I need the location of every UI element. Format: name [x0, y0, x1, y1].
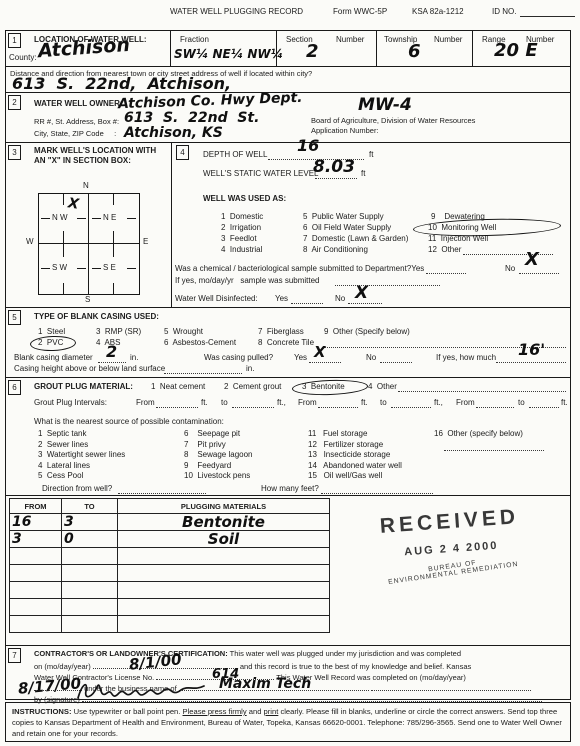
contam-option-other: 16 Other (specify below): [434, 430, 523, 438]
grout-title: GROUT PLUG MATERIAL:: [34, 383, 133, 391]
compass-south-label: S: [85, 296, 90, 304]
section-value: 2: [306, 43, 319, 61]
interval-ft-2: ft.,: [277, 399, 286, 407]
interval-from-2: From: [298, 399, 317, 407]
table-header-to: TO: [62, 499, 118, 514]
interval-dotted-leader: [391, 400, 431, 408]
cert-text-1: This water well was plugged under my jur…: [228, 649, 461, 658]
use-option: 6 Oil Field Water Supply: [303, 224, 391, 232]
quadrant-ne-label: N E: [103, 214, 116, 222]
static-unit: ft: [361, 170, 365, 178]
section-3-4-row: 3 MARK WELL'S LOCATION WITH AN "X" IN SE…: [6, 143, 570, 308]
disinfected-yes-dotted-leader: [291, 296, 323, 304]
township-number-label: Number: [434, 36, 462, 44]
instructions-label: INSTRUCTIONS:: [12, 707, 71, 716]
section-4-number: 4: [176, 145, 189, 160]
owner-title: WATER WELL OWNER:: [34, 100, 123, 108]
direction-dotted-leader: [118, 486, 206, 494]
cell-to: 3: [64, 514, 74, 530]
chem-yes-dotted-leader: [426, 266, 466, 274]
casing-option: 6 Asbestos-Cement: [164, 339, 236, 347]
fraction-label: Fraction: [180, 36, 209, 44]
casing-option: 9 Other (Specify below): [324, 328, 410, 336]
plugging-table-row: FROM TO PLUGGING MATERIALS 16 3 Bentonit…: [6, 496, 570, 646]
section-6-grout: 6 GROUT PLUG MATERIAL: 1 Neat cement 2 C…: [6, 378, 570, 496]
interval-from-1: From: [136, 399, 155, 407]
disinfected-label: Water Well Disinfected:: [175, 295, 258, 303]
compass-west-label: W: [26, 238, 34, 246]
id-no-blank: [520, 9, 575, 17]
grout-option: 4 Other: [368, 383, 397, 391]
depth-label: DEPTH OF WELL: [203, 151, 267, 159]
chem-no-label: No: [505, 265, 515, 273]
section-grid: N W N E S W S E N S W E X: [38, 193, 140, 295]
static-level-label: WELL'S STATIC WATER LEVEL: [203, 170, 318, 178]
county-value: Atchison: [37, 36, 130, 61]
table-row: [10, 565, 330, 582]
range-value: 20 E: [494, 42, 538, 60]
contam-option: 15 Oil well/Gas well: [308, 472, 382, 480]
contam-option: 13 Insecticide storage: [308, 451, 390, 459]
feet-dotted-leader: [321, 486, 433, 494]
water-well-plugging-form: WATER WELL PLUGGING RECORD Form WWC-5P K…: [0, 0, 580, 746]
table-row: [10, 548, 330, 565]
contam-other-dotted-leader: [444, 443, 544, 451]
direction-label: Direction from well?: [42, 485, 112, 493]
section-number-label: Number: [336, 36, 364, 44]
contam-option: 14 Abandoned water well: [308, 462, 402, 470]
cert-text-2: and this record is true to the best of m…: [240, 662, 471, 671]
diameter-unit: in.: [130, 354, 138, 362]
pvc-circle-mark: [30, 335, 76, 352]
quadrant-sw-label: S W: [52, 264, 67, 272]
cert-line-2: on (mo/day/year) and this record is true…: [34, 661, 566, 671]
section-2-owner: 2 WATER WELL OWNER: Atchison Co. Hwy Dep…: [6, 93, 570, 143]
fraction-value: SW¼ NE¼ NW¼: [174, 48, 283, 60]
disinfected-no-x-mark: X: [355, 285, 368, 302]
diameter-value: 2: [106, 344, 117, 360]
if-yes-label: If yes, mo/day/yr sample was submitted: [175, 277, 320, 285]
pulled-label: Was casing pulled?: [204, 354, 273, 362]
pulled-no-dotted-leader: [380, 355, 412, 363]
interval-to-2: to: [380, 399, 387, 407]
address-value: 613 S. 22nd St.: [124, 111, 259, 125]
casing-option: 3 RMP (SR): [96, 328, 141, 336]
contam-option: 9 Feedyard: [184, 462, 231, 470]
table-row: [10, 599, 330, 616]
use-option: 5 Public Water Supply: [303, 213, 384, 221]
interval-ft-5: ft.: [561, 399, 568, 407]
sample-date-dotted-leader: [335, 278, 440, 286]
county-label: County:: [9, 54, 37, 62]
on-date-label: on (mo/day/year): [34, 662, 91, 671]
interval-dotted-leader: [232, 400, 274, 408]
city-label: City, State, ZIP Code :: [34, 130, 116, 138]
business-name-value: Maxim Tech: [219, 677, 311, 691]
diameter-label: Blank casing diameter: [14, 354, 93, 362]
table-header-materials: PLUGGING MATERIALS: [118, 499, 330, 514]
instructions-underlined-2: print: [264, 707, 279, 716]
id-no-label: ID NO.: [492, 8, 516, 16]
use-option: 3 Feedlot: [221, 235, 257, 243]
section-2-number: 2: [8, 95, 21, 110]
interval-ft-1: ft.: [201, 399, 208, 407]
casing-option: 8 Concrete Tile: [258, 339, 314, 347]
cell-material: Soil: [208, 530, 239, 548]
table-row: [10, 616, 330, 633]
disinfected-no-label: No: [335, 295, 345, 303]
how-much-label: If yes, how much: [436, 354, 496, 362]
interval-dotted-leader: [476, 400, 514, 408]
use-option: 2 Irrigation: [221, 224, 261, 232]
contam-option: 12 Fertilizer storage: [308, 441, 383, 449]
casing-height-label: Casing height above or below land surfac…: [14, 365, 165, 373]
contam-option: 7 Pit privy: [184, 441, 226, 449]
used-as-label: WELL WAS USED AS:: [203, 195, 286, 203]
contam-option: 4 Lateral lines: [38, 462, 90, 470]
form-statute: KSA 82a-1212: [412, 8, 464, 16]
contam-option: 11 Fuel storage: [308, 430, 367, 438]
depth-unit: ft: [369, 151, 373, 159]
use-option: 11 Injection Well: [428, 235, 488, 243]
stamp-received-text: RECEIVED: [339, 502, 560, 541]
table-header-from: FROM: [10, 499, 62, 514]
section-1-number: 1: [8, 33, 21, 48]
address-label: RR #, St. Address, Box #:: [34, 118, 119, 126]
casing-height-unit: in.: [246, 365, 254, 373]
casing-title: TYPE OF BLANK CASING USED:: [34, 313, 159, 321]
trailing-dotted-leader: [371, 683, 531, 691]
application-number-label: Application Number:: [311, 127, 379, 135]
use-option: 4 Industrial: [221, 246, 262, 254]
intervals-label: Grout Plug Intervals:: [34, 399, 107, 407]
well-id-value: MW-4: [358, 97, 412, 114]
feet-label: How many feet?: [261, 485, 319, 493]
section-box-title-1: MARK WELL'S LOCATION WITH: [34, 147, 156, 155]
contam-option: 6 Seepage pit: [184, 430, 240, 438]
section-3-number: 3: [8, 145, 21, 160]
casing-option: 5 Wrought: [164, 328, 203, 336]
interval-ft-3: ft.: [361, 399, 368, 407]
interval-dotted-leader: [318, 400, 358, 408]
use-option: 12 Other: [428, 246, 461, 254]
contam-option: 3 Watertight sewer lines: [38, 451, 125, 459]
instructions-seg2: and: [247, 707, 264, 716]
table-row: 3 0 Soil: [10, 531, 330, 548]
signature-scribble: [72, 678, 212, 704]
instructions-underlined-1: Please press firmly: [183, 707, 247, 716]
section-1-location: 1 LOCATION OF WATER WELL: County: Atchis…: [6, 31, 570, 67]
chem-no-x-mark: X: [525, 251, 539, 269]
table-row: [10, 582, 330, 599]
instructions-box: INSTRUCTIONS: Use typewriter or ball poi…: [5, 702, 571, 742]
compass-east-label: E: [143, 238, 148, 246]
quadrant-se-label: S E: [103, 264, 116, 272]
pulled-yes-label: Yes: [294, 354, 307, 362]
casing-height-dotted-leader: [164, 366, 242, 374]
section-6-number: 6: [8, 380, 21, 395]
city-value: Atchison, KS: [124, 126, 223, 140]
interval-ft-4: ft.,: [434, 399, 443, 407]
well-location-x-mark: X: [67, 196, 80, 211]
contam-option: 5 Cess Pool: [38, 472, 83, 480]
use-option: 8 Air Conditioning: [303, 246, 368, 254]
table-row: 16 3 Bentonite: [10, 514, 330, 531]
plugging-materials-table: FROM TO PLUGGING MATERIALS 16 3 Bentonit…: [9, 498, 330, 633]
disinfected-yes-label: Yes: [275, 295, 288, 303]
distance-value: 613 S. 22nd, Atchison,: [12, 76, 231, 92]
how-much-value: 16': [518, 342, 545, 358]
completed-date-value: 8/1/00: [128, 652, 182, 672]
board-line: Board of Agriculture, Division of Water …: [311, 117, 475, 125]
casing-option: 1 Steel: [38, 328, 65, 336]
quadrant-nw-label: N W: [52, 214, 68, 222]
section-5-number: 5: [8, 310, 21, 325]
contam-option: 8 Sewage lagoon: [184, 451, 253, 459]
interval-to-1: to: [221, 399, 228, 407]
form-number: Form WWC-5P: [333, 8, 387, 16]
interval-from-3: From: [456, 399, 475, 407]
section-7-certification: 7 CONTRACTOR'S OR LANDOWNER'S CERTIFICAT…: [6, 646, 570, 701]
use-option: 7 Domestic (Lawn & Garden): [303, 235, 408, 243]
grout-option: 1 Neat cement: [151, 383, 205, 391]
cell-material: Bentonite: [182, 513, 265, 531]
casing-option: 7 Fiberglass: [258, 328, 304, 336]
township-value: 6: [408, 43, 421, 61]
chem-sample-question: Was a chemical / bacteriological sample …: [175, 265, 424, 273]
cert-line-1: CONTRACTOR'S OR LANDOWNER'S CERTIFICATIO…: [34, 650, 566, 658]
use-option: 1 Domestic: [221, 213, 263, 221]
owner-value: Atchison Co. Hwy Dept.: [118, 91, 303, 111]
cell-from: 16: [12, 514, 31, 530]
section-5-casing: 5 TYPE OF BLANK CASING USED: 1 Steel 3 R…: [6, 308, 570, 378]
section-4-well-info: 4 DEPTH OF WELL ft 16 WELL'S STATIC WATE…: [173, 143, 572, 308]
interval-dotted-leader: [529, 400, 559, 408]
pulled-yes-x-mark: X: [314, 345, 326, 360]
grout-other-dotted-leader: [398, 384, 566, 392]
instructions-seg1: Use typewriter or ball point pen.: [71, 707, 182, 716]
compass-north-label: N: [83, 182, 89, 190]
cell-from: 3: [12, 531, 22, 547]
contam-option: 1 Septic tank: [38, 430, 86, 438]
form-title: WATER WELL PLUGGING RECORD: [170, 8, 303, 16]
section-3-location-box: 3 MARK WELL'S LOCATION WITH AN "X" IN SE…: [6, 143, 172, 308]
distance-row: Distance and direction from nearest town…: [6, 67, 570, 93]
section-7-number: 7: [8, 648, 21, 663]
contamination-label: What is the nearest source of possible c…: [34, 418, 224, 426]
static-value: 8.03: [313, 159, 355, 176]
contam-option: 2 Sewer lines: [38, 441, 88, 449]
depth-value: 16: [297, 138, 319, 154]
interval-dotted-leader: [156, 400, 198, 408]
form-body: 1 LOCATION OF WATER WELL: County: Atchis…: [5, 30, 571, 700]
contam-option: 10 Livestock pens: [184, 472, 250, 480]
other-use-dotted-leader: [463, 247, 553, 255]
received-stamp: RECEIVED AUG 2 4 2000 BUREAU OF ENVIRONM…: [339, 502, 563, 584]
section-box-title-2: AN "X" IN SECTION BOX:: [34, 157, 131, 165]
interval-to-3: to: [518, 399, 525, 407]
pulled-no-label: No: [366, 354, 376, 362]
cell-to: 0: [64, 531, 74, 547]
grout-option: 2 Cement grout: [224, 383, 281, 391]
